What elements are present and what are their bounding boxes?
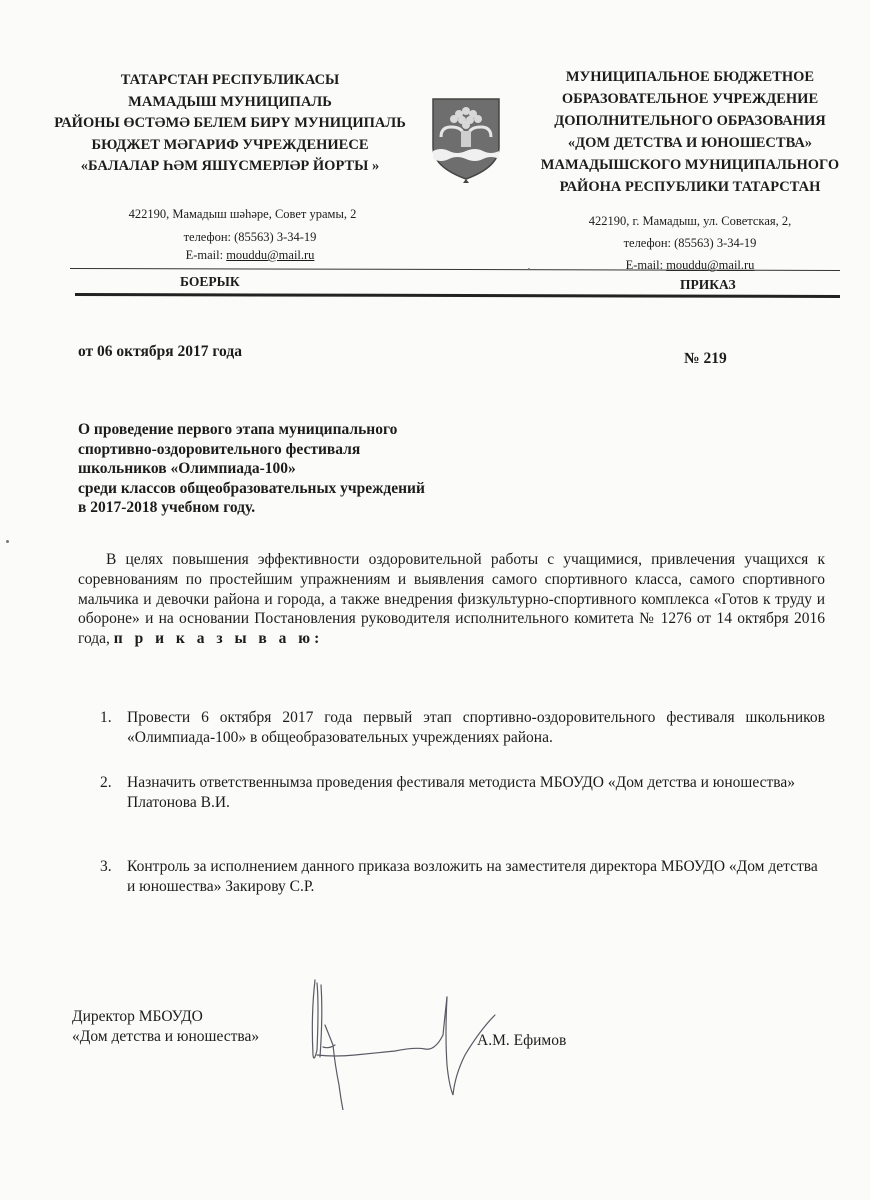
doc-type-tatar: БОЕРЫК — [180, 274, 240, 290]
item-text: Назначить ответственнымза проведения фес… — [127, 773, 825, 813]
org-line: «БАЛАЛАР ҺӘМ ЯШҮСМЕРЛӘР ЙОРТЫ » — [40, 156, 420, 178]
order-item: 3. Контроль за исполнением данного прика… — [100, 857, 825, 897]
scan-speck — [528, 268, 530, 270]
item-number: 2. — [100, 773, 127, 813]
email-line: E-mail: mouddu@mail.ru — [525, 254, 855, 276]
order-date: от 06 октября 2017 года — [78, 343, 242, 361]
phone: телефон: (85563) 3-34-19 — [70, 228, 370, 246]
role-line: «Дом детства и юношества» — [72, 1027, 259, 1047]
address: 422190, г. Мамадыш, ул. Советская, 2, — [525, 210, 855, 232]
org-line: МАМАДЫШСКОГО МУНИЦИПАЛЬНОГО — [505, 154, 870, 176]
item-number: 3. — [100, 857, 127, 897]
email-label: E-mail: — [186, 248, 227, 262]
phone: телефон: (85563) 3-34-19 — [525, 232, 855, 254]
order-preamble: В целях повышения эффективности оздорови… — [78, 550, 825, 649]
signatory-name: А.М. Ефимов — [477, 1032, 566, 1050]
org-name-russian: МУНИЦИПАЛЬНОЕ БЮДЖЕТНОЕ ОБРАЗОВАТЕЛЬНОЕ … — [505, 66, 870, 198]
order-subject: О проведение первого этапа муниципальног… — [78, 420, 498, 518]
directive: п р и к а з ы в а ю: — [114, 630, 324, 647]
scan-speck — [6, 540, 9, 543]
subject-line: спортивно-оздоровительного фестиваля — [78, 440, 498, 460]
address: 422190, Мамадыш шәһәре, Совет урамы, 2 — [70, 205, 370, 223]
org-line: РАЙОНА РЕСПУБЛИКИ ТАТАРСТАН — [505, 176, 870, 198]
subject-line: в 2017-2018 учебном году. — [78, 498, 498, 518]
address-block-russian: 422190, г. Мамадыш, ул. Советская, 2, те… — [525, 210, 855, 276]
org-line: ОБРАЗОВАТЕЛЬНОЕ УЧРЕЖДЕНИЕ — [505, 88, 870, 110]
org-line: РАЙОНЫ ӨСТӘМӘ БЕЛЕМ БИРҮ МУНИЦИПАЛЬ — [40, 113, 420, 135]
email-line: E-mail: mouddu@mail.ru — [70, 246, 370, 264]
email-link[interactable]: mouddu@mail.ru — [226, 248, 314, 262]
org-line: МУНИЦИПАЛЬНОЕ БЮДЖЕТНОЕ — [505, 66, 870, 88]
address-block-tatar: 422190, Мамадыш шәһәре, Совет урамы, 2 т… — [70, 205, 370, 264]
subject-line: школьников «Олимпиада-100» — [78, 459, 498, 479]
doc-type-russian: ПРИКАЗ — [680, 277, 736, 293]
signatory-role: Директор МБОУДО «Дом детства и юношества… — [72, 1007, 259, 1047]
subject-line: О проведение первого этапа муниципальног… — [78, 420, 498, 440]
org-line: МАМАДЫШ МУНИЦИПАЛЬ — [40, 92, 420, 114]
org-name-tatar: ТАТАРСТАН РЕСПУБЛИКАСЫ МАМАДЫШ МУНИЦИПАЛ… — [40, 70, 420, 178]
order-number: № 219 — [684, 350, 727, 368]
org-line: ДОПОЛНИТЕЛЬНОГО ОБРАЗОВАНИЯ — [505, 110, 870, 132]
org-line: ТАТАРСТАН РЕСПУБЛИКАСЫ — [40, 70, 420, 92]
order-item: 1. Провести 6 октября 2017 года первый э… — [100, 708, 825, 748]
item-text: Провести 6 октября 2017 года первый этап… — [127, 708, 825, 748]
item-number: 1. — [100, 708, 127, 748]
role-line: Директор МБОУДО — [72, 1007, 259, 1027]
org-line: «ДОМ ДЕТСТВА И ЮНОШЕСТВА» — [505, 132, 870, 154]
header-divider-thick — [75, 293, 840, 298]
org-line: БЮДЖЕТ МӘГАРИФ УЧРЕЖДЕНИЕСЕ — [40, 135, 420, 157]
coat-of-arms-icon — [427, 95, 505, 183]
item-text: Контроль за исполнением данного приказа … — [127, 857, 825, 897]
subject-line: среди классов общеобразовательных учрежд… — [78, 479, 498, 499]
order-item: 2. Назначить ответственнымза проведения … — [100, 773, 825, 813]
